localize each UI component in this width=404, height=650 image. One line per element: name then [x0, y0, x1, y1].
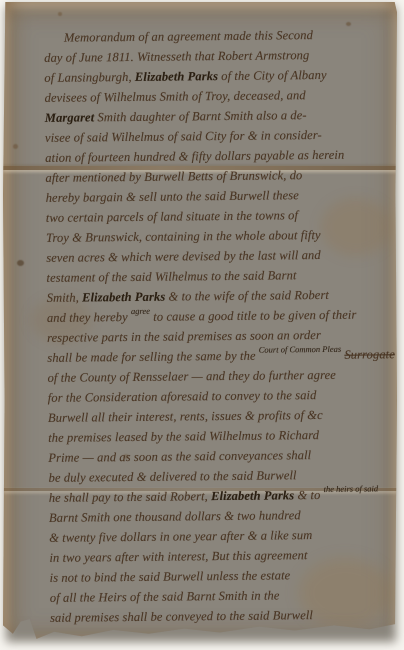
- text-segment: & to: [294, 488, 324, 502]
- text-line: he shall pay to the said Robert, Elizabe…: [49, 484, 401, 508]
- text-segment: Barnt Smith one thousand dollars & two h…: [49, 508, 301, 525]
- inserted-text: the heirs of said: [324, 483, 379, 494]
- text-line: and they hereby agree to cause a good ti…: [47, 304, 399, 328]
- text-segment: & twenty five dollars in one year after …: [49, 528, 312, 545]
- text-segment: Elizabeth Parks: [135, 69, 218, 84]
- text-segment: of the County of Rensselaer — and they d…: [47, 368, 335, 385]
- text-segment: day of June 1811. Witnesseth that Robert…: [44, 48, 309, 65]
- text-segment: testament of the said Wilhelmus to the s…: [46, 268, 296, 285]
- text-segment: devisees of Wilhelmus Smith of Troy, dec…: [45, 88, 306, 105]
- text-segment: and they hereby: [47, 310, 131, 325]
- text-segment: of all the Heirs of the said Barnt Smith…: [50, 588, 280, 604]
- text-segment: Smith daughter of Barnt Smith also a de-: [94, 108, 307, 124]
- text-segment: in two years after with interest, But th…: [49, 548, 307, 565]
- text-line: shall be made for selling the same by th…: [47, 344, 399, 368]
- inserted-text: agree: [131, 306, 150, 316]
- text-segment: hereby bargain & sell unto the said Burw…: [46, 188, 299, 205]
- text-segment: visee of said Wilhelmus of said City for…: [45, 128, 322, 145]
- stain: [58, 12, 62, 16]
- text-segment: Margaret: [45, 110, 95, 125]
- text-segment: seven acres & which were devised by the …: [46, 248, 321, 265]
- text-segment: the premises leased by the said Wilhelmu…: [48, 428, 319, 445]
- text-segment: & to the wife of the said Robert: [165, 288, 329, 304]
- text-segment: said premises shall be conveyed to the s…: [50, 608, 313, 625]
- text-segment: be duly executed & delivered to the said…: [49, 468, 297, 485]
- struck-text: Surrogate: [344, 347, 395, 362]
- manuscript-paper: Memorandum of an agreement made this Sec…: [3, 2, 397, 644]
- text-segment: to cause a good title to be given of the…: [150, 308, 356, 324]
- text-segment: Elizabeth Parks: [211, 488, 294, 503]
- text-segment: after mentioned by Burwell Betts of Brun…: [45, 168, 302, 185]
- text-segment: ation of fourteen hundred & fifty dollar…: [45, 148, 344, 165]
- text-segment: of the City of Albany: [218, 68, 327, 83]
- text-segment: for the Consideration aforesaid to conve…: [48, 388, 317, 405]
- text-segment: Smith,: [47, 290, 83, 304]
- text-segment: shall be made for selling the same by th…: [47, 349, 259, 365]
- text-segment: respective parts in the said premises as…: [47, 328, 321, 345]
- page-background: Memorandum of an agreement made this Sec…: [0, 0, 404, 650]
- text-segment: Troy & Brunswick, containing in the whol…: [46, 228, 321, 245]
- text-segment: is not to bind the said Burwell unless t…: [50, 568, 291, 585]
- document-text: Memorandum of an agreement made this Sec…: [44, 24, 402, 628]
- text-line: said premises shall be conveyed to the s…: [50, 604, 402, 628]
- stain: [17, 260, 24, 266]
- text-segment: Burwell all their interest, rents, issue…: [48, 408, 323, 425]
- inserted-text: Court of Common Pleas: [259, 344, 342, 355]
- text-segment: of Lansingburgh,: [44, 70, 135, 85]
- text-segment: Memorandum of an agreement made this Sec…: [64, 28, 313, 45]
- stain: [13, 144, 18, 149]
- text-segment: Prime — and as soon as the said conveyan…: [48, 448, 311, 465]
- text-segment: Elizabeth Parks: [82, 290, 165, 305]
- text-segment: two certain parcels of land situate in t…: [46, 208, 298, 225]
- text-segment: he shall pay to the said Robert,: [49, 489, 211, 505]
